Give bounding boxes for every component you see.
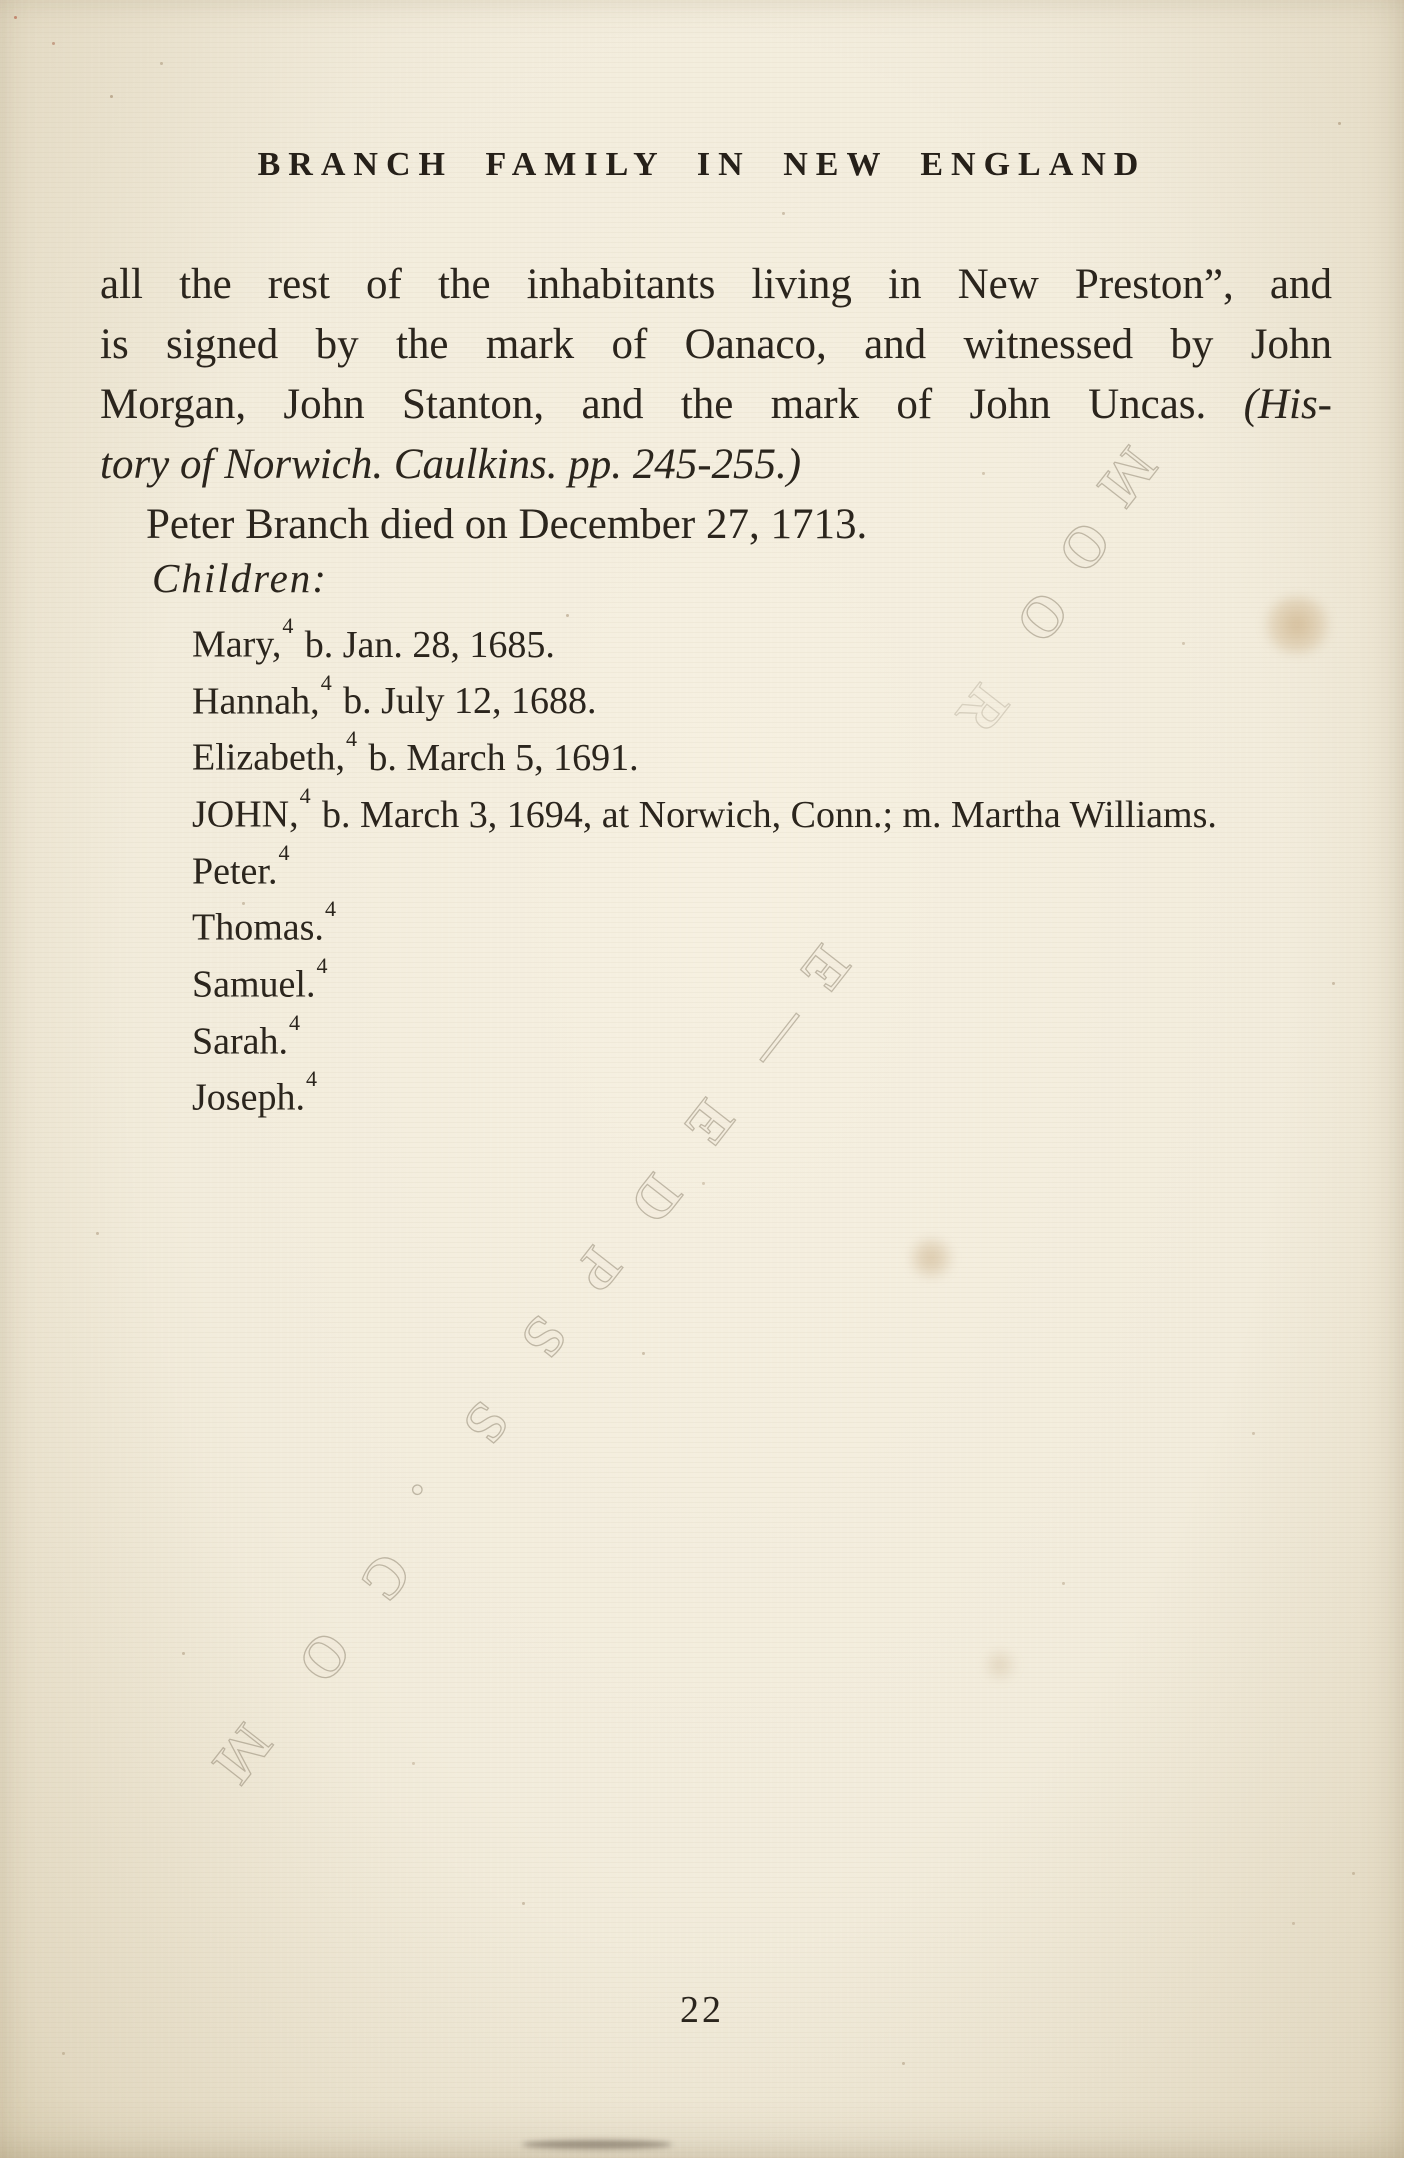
paper-stain — [908, 1238, 954, 1278]
paragraph-line-text: Morgan, John Stanton, and the mark of Jo… — [100, 381, 1244, 428]
generation-superscript: 4 — [289, 1010, 300, 1035]
watermark-letter: P — [564, 1237, 632, 1301]
watermark-letter: C — [350, 1543, 421, 1612]
paragraph-line-text: all the rest of the inhabitants living i… — [100, 261, 1332, 308]
child-row: Sarah.4 — [192, 1009, 1352, 1066]
child-row: JOHN,4b. March 3, 1694, at Norwich, Conn… — [192, 782, 1352, 839]
child-row: Joseph.4 — [192, 1065, 1352, 1122]
death-line: Peter Branch died on December 27, 1713. — [100, 495, 1332, 555]
child-row: Elizabeth,4b. March 5, 1691. — [192, 725, 1352, 782]
child-row: Peter.4 — [192, 839, 1352, 896]
paper-specks — [0, 0, 3, 3]
child-row: Mary,4b. Jan. 28, 1685. — [192, 612, 1352, 669]
child-name: Mary, — [192, 624, 281, 666]
watermark-letter: M — [203, 1715, 282, 1794]
child-row: Samuel.4 — [192, 952, 1352, 1009]
generation-superscript: 4 — [325, 896, 336, 921]
watermark-letter: O — [288, 1621, 361, 1692]
paragraph-line: tory of Norwich. Caulkins. pp. 245-255.) — [100, 435, 1332, 495]
child-name: Samuel. — [192, 964, 315, 1006]
child-name: JOHN, — [192, 794, 299, 836]
children-heading: Children: — [152, 554, 1352, 602]
page-number: 22 — [0, 1988, 1404, 2032]
child-name: Joseph. — [192, 1077, 305, 1119]
generation-superscript: 4 — [282, 613, 293, 638]
paragraph-line: Morgan, John Stanton, and the mark of Jo… — [100, 375, 1332, 435]
child-name: Sarah. — [192, 1020, 288, 1062]
child-name: Elizabeth, — [192, 737, 345, 779]
watermark-letter: . — [402, 1475, 457, 1522]
generation-superscript: 4 — [306, 1066, 317, 1091]
child-row: Hannah,4b. July 12, 1688. — [192, 669, 1352, 726]
paragraph-line-italic: tory of Norwich. Caulkins. pp. 245-255.) — [100, 441, 801, 488]
watermark-letter: D — [620, 1165, 691, 1234]
scan-edge-smudge — [522, 2140, 672, 2149]
main-text-block: all the rest of the inhabitants living i… — [100, 255, 1332, 555]
watermark-letter: S — [511, 1306, 577, 1367]
book-page: M O O R E — E D P S S . C O M BRANCH FAM… — [0, 0, 1404, 2158]
generation-superscript: 4 — [321, 670, 332, 695]
child-row: Thomas.4 — [192, 895, 1352, 952]
generation-superscript: 4 — [316, 953, 327, 978]
child-name: Thomas. — [192, 907, 324, 949]
generation-superscript: 4 — [346, 726, 357, 751]
generation-superscript: 4 — [300, 783, 311, 808]
children-list: Mary,4b. Jan. 28, 1685. Hannah,4b. July … — [192, 612, 1352, 1122]
child-detail: b. Jan. 28, 1685. — [305, 624, 555, 666]
children-section: Children: Mary,4b. Jan. 28, 1685. Hannah… — [152, 554, 1352, 1122]
child-detail: b. March 5, 1691. — [368, 737, 638, 779]
running-header: BRANCH FAMILY IN NEW ENGLAND — [0, 146, 1404, 184]
generation-superscript: 4 — [278, 840, 289, 865]
paragraph-line: all the rest of the inhabitants living i… — [100, 255, 1332, 315]
paper-stain — [980, 1648, 1020, 1682]
paragraph-line-italic: (His- — [1244, 381, 1332, 428]
child-name: Peter. — [192, 850, 277, 892]
paragraph-line-text: is signed by the mark of Oanaco, and wit… — [100, 321, 1332, 368]
child-name: Hannah, — [192, 680, 320, 722]
watermark-letter: S — [453, 1392, 519, 1453]
paragraph-line: is signed by the mark of Oanaco, and wit… — [100, 315, 1332, 375]
child-detail: b. March 3, 1694, at Norwich, Conn.; m. … — [322, 794, 1217, 836]
child-detail: b. July 12, 1688. — [343, 680, 596, 722]
